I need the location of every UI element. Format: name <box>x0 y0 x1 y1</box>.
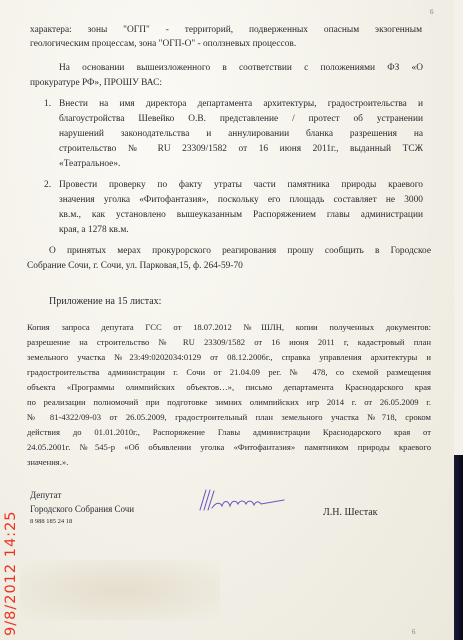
page-number-top: 6 <box>430 8 434 16</box>
request-2-line: кв.м., как установлено вышеуказанным Рас… <box>59 209 423 221</box>
attachment-line: 24.05.2001г. №545-р «Об объявлении уголк… <box>27 441 431 453</box>
intro-line-1: характера: зоны "ОГП" - территорий, подв… <box>30 24 422 36</box>
document-page: 6 характера: зоны "ОГП" - территорий, по… <box>0 0 454 640</box>
attachment-line: разрешение на строительство № RU 23309/1… <box>27 336 431 348</box>
background-edge <box>454 455 463 640</box>
attachment-line: № 81-4322/09-03 от 26.05.2009, градостро… <box>27 411 431 423</box>
request-2-number: 2. <box>44 179 51 191</box>
signer-phone: 8 988 185 24 18 <box>30 516 72 528</box>
handwritten-signature <box>196 486 286 514</box>
basis-line-2: прокуратуре РФ», ПРОШУ ВАС: <box>30 77 162 89</box>
attachment-line: по реализации полномочий при подготовке … <box>27 396 431 408</box>
request-1-line: «Театральное». <box>59 158 120 170</box>
attachment-title: Приложение на 15 листах: <box>49 296 161 308</box>
request-1-line: строительство № RU 23309/1582 от 16 июня… <box>59 143 423 155</box>
request-1-number: 1. <box>44 98 51 110</box>
attachment-line: действия до 01.01.2010г., Распоряжение Г… <box>27 426 431 438</box>
camera-timestamp: 9/8/2012 14:25 <box>3 510 19 636</box>
signer-title-line-2: Городского Собрания Сочи <box>30 503 134 515</box>
page-number-bottom: 6 <box>412 628 416 636</box>
attachment-line: Копия запроса депутата ГСС от 18.07.2012… <box>27 321 431 333</box>
report-line-1: О принятых мерах прокурорского реагирова… <box>49 245 431 257</box>
request-2-line: Провести проверку по факту утраты части … <box>59 179 423 191</box>
report-line-2: Собрание Сочи, г. Сочи, ул. Парковая,15,… <box>27 260 243 272</box>
attachment-line: земельного участка №23:49:0202034:0129 о… <box>27 351 431 363</box>
request-1-line: Внести на имя директора департамента арх… <box>59 98 423 110</box>
attachment-line: градостроительства администрации г. Сочи… <box>27 366 431 378</box>
attachment-line: объекта «Программы олимпийских объектов…… <box>27 381 431 393</box>
signer-title-line-1: Депутат <box>30 489 61 501</box>
request-2-line: края, а 1278 кв.м. <box>59 224 129 236</box>
signer-name: Л.Н. Шестак <box>323 507 378 519</box>
request-1-line: нарушений законодательства и аннулирован… <box>59 128 423 140</box>
request-2-line: значения уголка «Фитофантазия», поскольк… <box>59 194 423 206</box>
intro-line-2: геологическим процессам, зона "ОГП-О" - … <box>30 38 296 50</box>
attachment-line: значения.». <box>27 456 68 468</box>
basis-line-1: На основании вышеизложенного в соответст… <box>59 62 423 74</box>
request-1-line: благоустройства Шевейко О.В. представлен… <box>59 113 423 125</box>
